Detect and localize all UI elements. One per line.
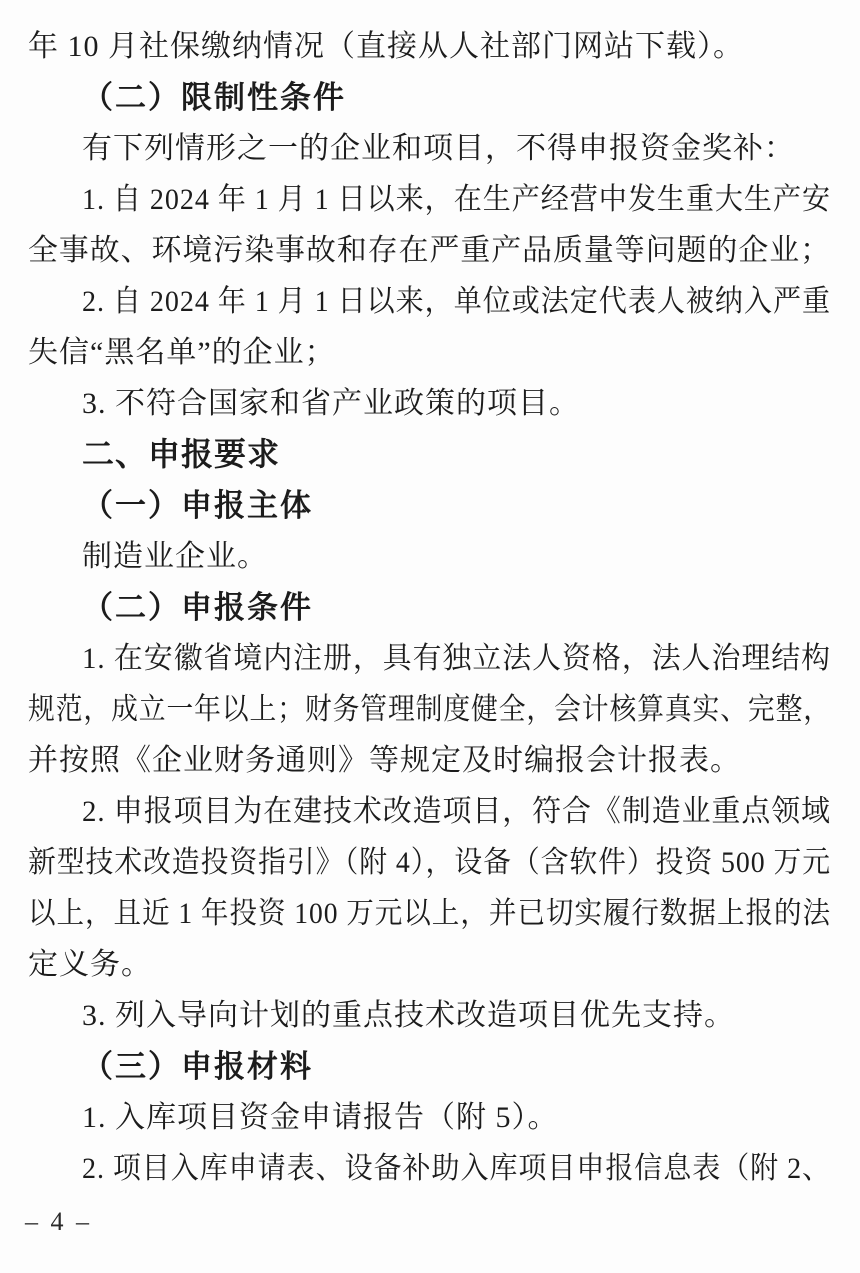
text-content: 有下列情形之一的企业和项目，不得申报资金奖补：	[82, 123, 795, 174]
text-content: 2. 申报项目为在建技术改造项目，符合《制造业重点领域	[82, 786, 831, 837]
body-text-line: 规范，成立一年以上；财务管理制度健全，会计核算真实、完整，	[28, 684, 831, 735]
text-content: （三）申报材料	[82, 1041, 313, 1092]
text-content: 3. 列入导向计划的重点技术改造项目优先支持。	[82, 990, 735, 1041]
body-text-line: 以上，且近 1 年投资 100 万元以上，并已切实履行数据上报的法	[28, 888, 831, 939]
text-content: 制造业企业。	[82, 531, 268, 582]
body-text-line: 1. 自 2024 年 1 月 1 日以来，在生产经营中发生重大生产安	[28, 174, 831, 225]
text-content: 3. 不符合国家和省产业政策的项目。	[82, 378, 580, 429]
body-text-line: 有下列情形之一的企业和项目，不得申报资金奖补：	[28, 123, 831, 174]
subsection-heading: （二）限制性条件	[28, 72, 831, 123]
text-content: 定义务。	[28, 939, 152, 990]
section-heading: 二、申报要求	[28, 429, 831, 480]
text-content: 年 10 月社保缴纳情况（直接从人社部门网站下载）。	[28, 21, 744, 72]
body-text-line: 年 10 月社保缴纳情况（直接从人社部门网站下载）。	[28, 21, 831, 72]
text-content: 新型技术改造投资指引》（附 4），设备（含软件）投资 500 万元	[28, 837, 831, 888]
text-content: 1. 入库项目资金申请报告（附 5）。	[82, 1092, 559, 1143]
body-text-line: 定义务。	[28, 939, 831, 990]
subsection-heading: （三）申报材料	[28, 1041, 831, 1092]
text-content: 1. 自 2024 年 1 月 1 日以来，在生产经营中发生重大生产安	[82, 174, 831, 225]
text-content: 1. 在安徽省境内注册，具有独立法人资格，法人治理结构	[82, 633, 831, 684]
page-number: – 4 –	[25, 1196, 92, 1247]
document-page: 年 10 月社保缴纳情况（直接从人社部门网站下载）。（二）限制性条件有下列情形之…	[0, 0, 860, 1273]
body-text-line: 全事故、环境污染事故和存在严重产品质量等问题的企业；	[28, 225, 831, 276]
text-content: （二）申报条件	[82, 582, 313, 633]
text-content: （一）申报主体	[82, 480, 313, 531]
body-text-line: 1. 入库项目资金申请报告（附 5）。	[28, 1092, 831, 1143]
text-content: 2. 项目入库申请表、设备补助入库项目申报信息表（附 2、	[82, 1143, 831, 1194]
body-text-line: 3. 列入导向计划的重点技术改造项目优先支持。	[28, 990, 831, 1041]
body-text-line: 失信“黑名单”的企业；	[28, 327, 831, 378]
text-content: 规范，成立一年以上；财务管理制度健全，会计核算真实、完整，	[28, 684, 831, 735]
text-content: 以上，且近 1 年投资 100 万元以上，并已切实履行数据上报的法	[28, 888, 831, 939]
body-text-line: 并按照《企业财务通则》等规定及时编报会计报表。	[28, 735, 831, 786]
text-content: 失信“黑名单”的企业；	[28, 327, 336, 378]
body-text-line: 制造业企业。	[28, 531, 831, 582]
page-content: 年 10 月社保缴纳情况（直接从人社部门网站下载）。（二）限制性条件有下列情形之…	[28, 21, 831, 1194]
subsection-heading: （一）申报主体	[28, 480, 831, 531]
text-content: 二、申报要求	[82, 429, 280, 480]
body-text-line: 2. 项目入库申请表、设备补助入库项目申报信息表（附 2、	[28, 1143, 831, 1194]
body-text-line: 2. 自 2024 年 1 月 1 日以来，单位或法定代表人被纳入严重	[28, 276, 831, 327]
body-text-line: 2. 申报项目为在建技术改造项目，符合《制造业重点领域	[28, 786, 831, 837]
subsection-heading: （二）申报条件	[28, 582, 831, 633]
body-text-line: 3. 不符合国家和省产业政策的项目。	[28, 378, 831, 429]
text-content: （二）限制性条件	[82, 72, 346, 123]
text-content: 并按照《企业财务通则》等规定及时编报会计报表。	[28, 735, 741, 786]
text-content: 全事故、环境污染事故和存在严重产品质量等问题的企业；	[28, 225, 831, 276]
body-text-line: 1. 在安徽省境内注册，具有独立法人资格，法人治理结构	[28, 633, 831, 684]
text-content: 2. 自 2024 年 1 月 1 日以来，单位或法定代表人被纳入严重	[82, 276, 831, 327]
body-text-line: 新型技术改造投资指引》（附 4），设备（含软件）投资 500 万元	[28, 837, 831, 888]
